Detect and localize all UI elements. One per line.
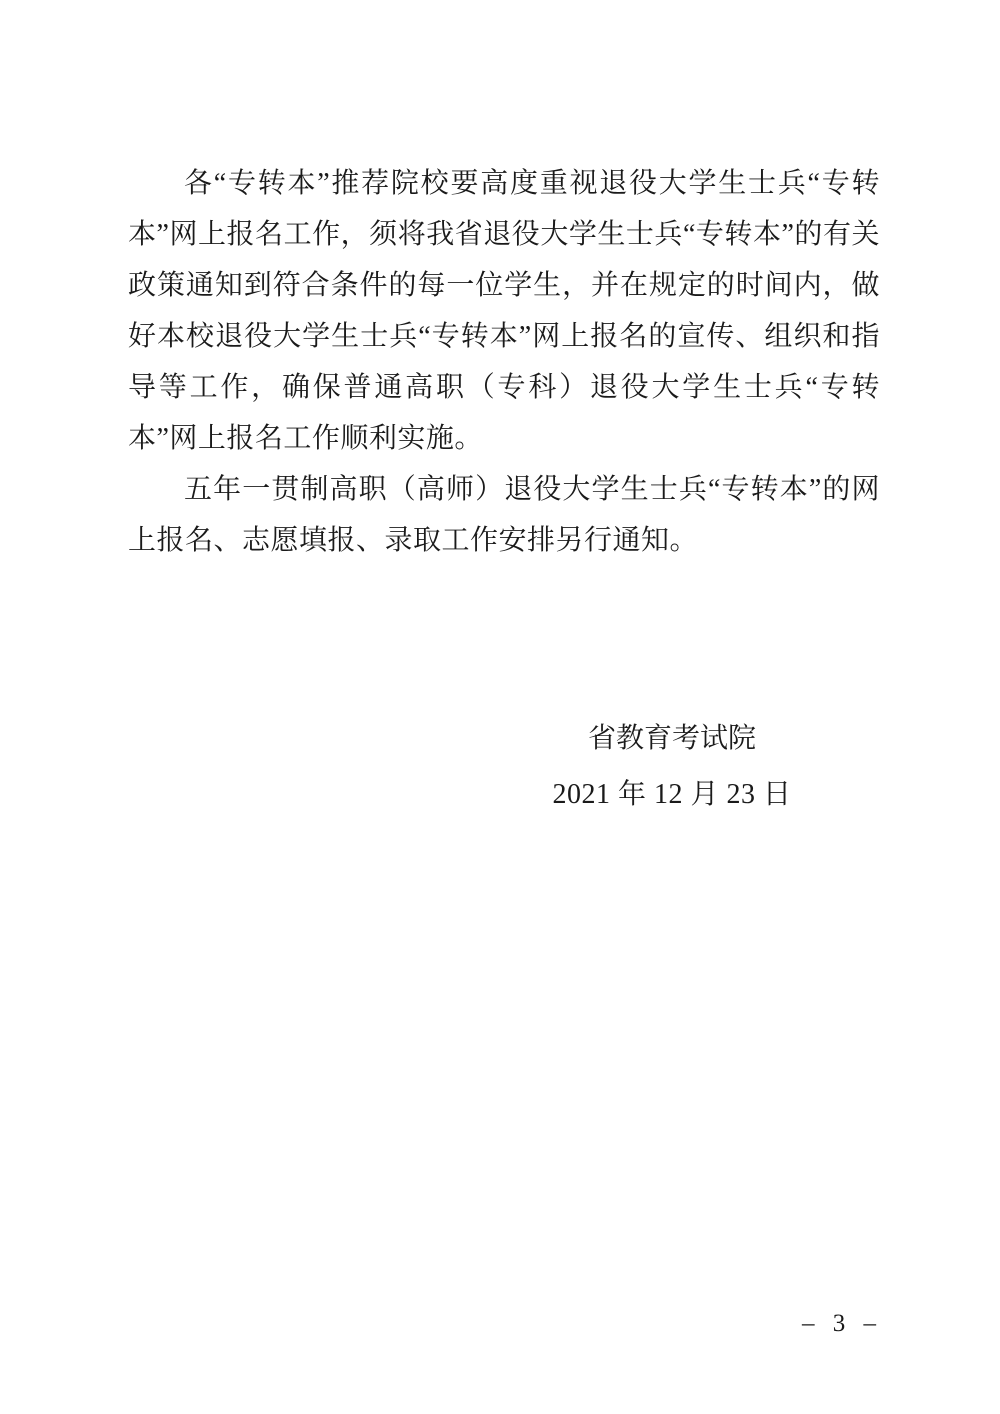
signature-date: 2021 年 12 月 23 日	[512, 767, 832, 823]
document-body: 各“专转本”推荐院校要高度重视退役大学生士兵“专转本”网上报名工作，须将我省退役…	[128, 158, 880, 823]
signature-block: 省教育考试院 2021 年 12 月 23 日	[512, 711, 832, 823]
body-paragraph-2: 五年一贯制高职（高师）退役大学生士兵“专转本”的网上报名、志愿填报、录取工作安排…	[128, 464, 880, 566]
document-page: 各“专转本”推荐院校要高度重视退役大学生士兵“专转本”网上报名工作，须将我省退役…	[0, 0, 1000, 1414]
page-number: – 3 –	[802, 1310, 882, 1338]
body-paragraph-1: 各“专转本”推荐院校要高度重视退役大学生士兵“专转本”网上报名工作，须将我省退役…	[128, 158, 880, 464]
signature-organization: 省教育考试院	[512, 711, 832, 767]
